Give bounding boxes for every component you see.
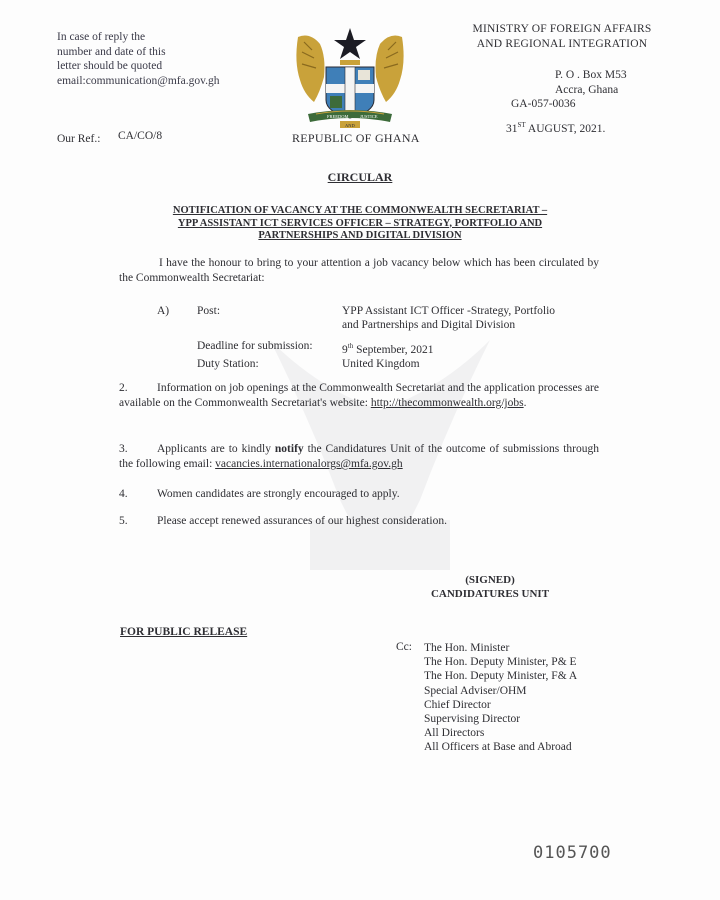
paragraph-number: 5.	[119, 514, 157, 529]
cc-item: The Hon. Minister	[424, 641, 577, 655]
notification-line: PARTNERSHIPS AND DIGITAL DIVISION	[140, 230, 580, 243]
date-rest: AUGUST, 2021.	[526, 123, 606, 135]
cc-item: Special Adviser/OHM	[424, 684, 577, 698]
our-reference: Our Ref.: CA/CO/8	[57, 133, 100, 145]
our-ref-label: Our Ref.:	[57, 133, 100, 145]
duty-station-value: United Kingdom	[342, 357, 420, 371]
date-suffix: ST	[518, 121, 526, 129]
reply-email: email:communication@mfa.gov.gh	[57, 74, 220, 89]
vacancies-email-link[interactable]: vacancies.internationalorgs@mfa.gov.gh	[215, 458, 403, 470]
paragraph-end: .	[524, 397, 527, 409]
paragraph-4: 4.Women candidates are strongly encourag…	[119, 487, 599, 502]
paragraph-number: 3.	[119, 442, 157, 457]
motto-and: AND	[345, 123, 355, 128]
vacancy-marker: A)	[157, 304, 169, 318]
motto-freedom: FREEDOM	[327, 114, 349, 119]
deadline-rest: September, 2021	[353, 344, 433, 356]
cc-item: Supervising Director	[424, 712, 577, 726]
notification-heading: NOTIFICATION OF VACANCY AT THE COMMONWEA…	[140, 205, 580, 243]
motto-justice: JUSTICE	[360, 114, 378, 119]
notification-line: YPP ASSISTANT ICT SERVICES OFFICER – STR…	[140, 218, 580, 231]
public-release-label: FOR PUBLIC RELEASE	[120, 626, 247, 638]
document-title: CIRCULAR	[0, 170, 720, 185]
jobs-link[interactable]: http://thecommonwealth.org/jobs	[371, 397, 524, 409]
reply-note-line: number and date of this	[57, 45, 220, 60]
address-line: P. O . Box M53	[555, 68, 627, 83]
cc-item: All Officers at Base and Abroad	[424, 740, 577, 754]
circular-letter-page: In case of reply the number and date of …	[0, 0, 720, 900]
cc-item: All Directors	[424, 726, 577, 740]
digital-address: GA-057-0036	[511, 98, 576, 110]
paragraph-5: 5.Please accept renewed assurances of ou…	[119, 514, 599, 529]
cc-item: The Hon. Deputy Minister, F& A	[424, 669, 577, 683]
paragraph-text: Applicants are to kindly	[157, 443, 275, 455]
signature-block: (SIGNED) CANDIDATURES UNIT	[425, 573, 555, 601]
our-ref-value: CA/CO/8	[118, 130, 162, 142]
post-label: Post:	[197, 304, 220, 318]
signed-label: (SIGNED)	[425, 573, 555, 587]
signing-unit: CANDIDATURES UNIT	[425, 587, 555, 601]
ministry-line: MINISTRY OF FOREIGN AFFAIRS	[462, 22, 662, 37]
date-day: 31	[506, 123, 518, 135]
serial-number: 0105700	[533, 843, 612, 863]
address-line: Accra, Ghana	[555, 83, 627, 98]
deadline-value: 9th September, 2021	[342, 339, 434, 357]
paragraph-text: Please accept renewed assurances of our …	[157, 515, 447, 527]
cc-item: Chief Director	[424, 698, 577, 712]
letter-date: 31ST AUGUST, 2021.	[506, 121, 605, 135]
paragraph-number: 2.	[119, 381, 157, 396]
republic-of-ghana: REPUBLIC OF GHANA	[292, 131, 420, 146]
ministry-line: AND REGIONAL INTEGRATION	[462, 37, 662, 52]
cc-label: Cc:	[396, 641, 412, 653]
paragraph-2: 2.Information on job openings at the Com…	[119, 381, 599, 411]
paragraph-number: 4.	[119, 487, 157, 502]
paragraph-3: 3.Applicants are to kindly notify the Ca…	[119, 442, 599, 472]
intro-paragraph: I have the honour to bring to your atten…	[119, 256, 599, 286]
emphasis-notify: notify	[275, 443, 304, 455]
cc-item: The Hon. Deputy Minister, P& E	[424, 655, 577, 669]
reply-note-line: In case of reply the	[57, 30, 220, 45]
postal-address: P. O . Box M53 Accra, Ghana	[555, 68, 627, 98]
deadline-label: Deadline for submission:	[197, 339, 313, 353]
post-value: YPP Assistant ICT Officer -Strategy, Por…	[342, 304, 555, 318]
reply-instructions: In case of reply the number and date of …	[57, 30, 220, 88]
ghana-coat-of-arms-icon: FREEDOM JUSTICE AND	[290, 22, 410, 132]
cc-list: The Hon. Minister The Hon. Deputy Minist…	[424, 641, 577, 755]
ministry-name: MINISTRY OF FOREIGN AFFAIRS AND REGIONAL…	[462, 22, 662, 52]
notification-line: NOTIFICATION OF VACANCY AT THE COMMONWEA…	[140, 205, 580, 218]
post-value-cont: and Partnerships and Digital Division	[342, 318, 515, 332]
duty-station-label: Duty Station:	[197, 357, 259, 371]
reply-note-line: letter should be quoted	[57, 59, 220, 74]
paragraph-text: Information on job openings at the Commo…	[119, 382, 599, 409]
paragraph-text: Women candidates are strongly encouraged…	[157, 488, 400, 500]
